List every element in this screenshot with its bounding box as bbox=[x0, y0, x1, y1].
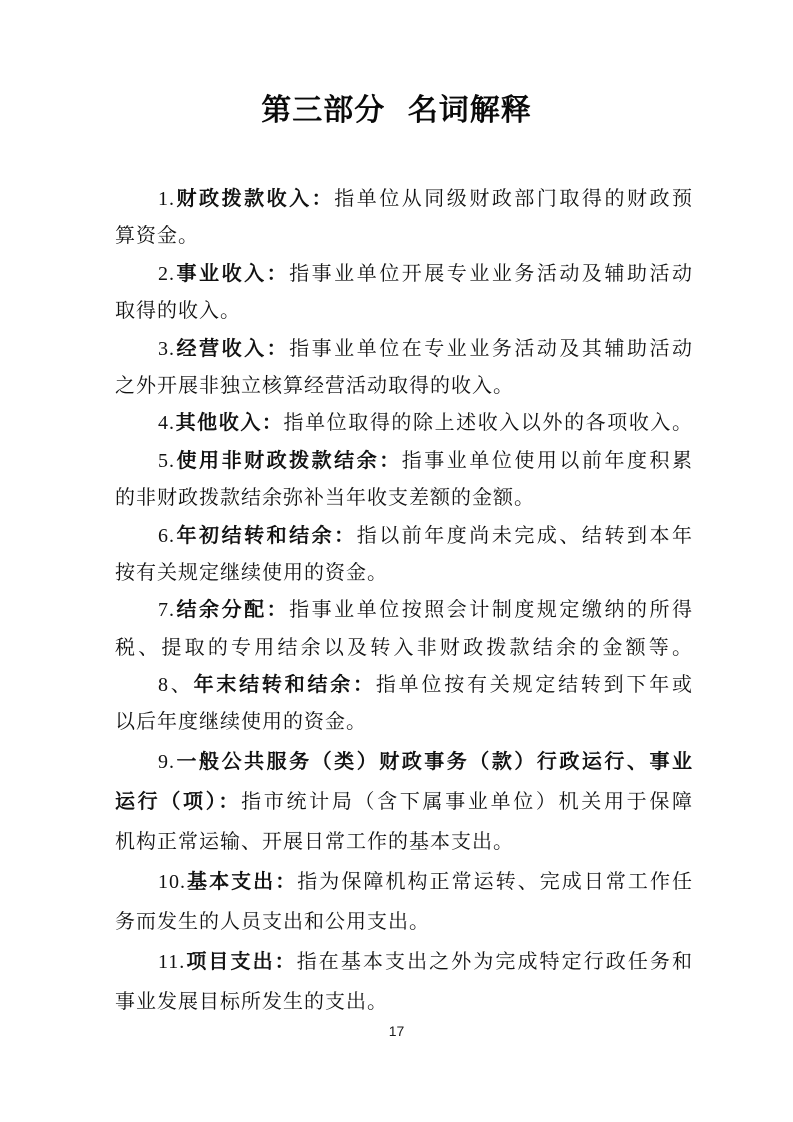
definition-text: 指市统计局（含下属事业单位）机关用于保障 bbox=[241, 791, 693, 813]
item-number: 9. bbox=[158, 751, 175, 773]
definition-text: 以后年度继续使用的资金。 bbox=[115, 711, 367, 733]
definition-line: 3.经营收入：指事业单位在专业业务活动及其辅助活动 bbox=[115, 331, 693, 368]
definition-item: 10.基本支出：指为保障机构正常运转、完成日常工作任务而发生的人员支出和公用支出… bbox=[115, 862, 693, 942]
item-number: 1. bbox=[158, 188, 175, 210]
definition-line: 算资金。 bbox=[115, 218, 693, 255]
definition-text: 指事业单位按照会计制度规定缴纳的所得 bbox=[289, 599, 693, 621]
definition-text: 指事业单位开展专业业务活动及辅助活动 bbox=[289, 263, 693, 285]
definition-text: 指单位取得的除上述收入以外的各项收入。 bbox=[284, 412, 694, 434]
term-text: 结余分配： bbox=[175, 599, 289, 621]
definition-text: 指为保障机构正常运转、完成日常工作任 bbox=[297, 871, 693, 893]
definition-line: 9.一般公共服务（类）财政事务（款）行政运行、事业 bbox=[115, 742, 693, 782]
term-text: 运行（项）： bbox=[115, 791, 241, 813]
definition-line: 11.项目支出：指在基本支出之外为完成特定行政任务和 bbox=[115, 942, 693, 982]
item-number: 6. bbox=[158, 525, 175, 547]
definition-line: 5.使用非财政拨款结余：指事业单位使用以前年度积累 bbox=[115, 443, 693, 480]
term-text: 年末结转和结余： bbox=[194, 674, 376, 696]
definition-text: 按有关规定继续使用的资金。 bbox=[115, 562, 388, 584]
term-text: 年初结转和结余： bbox=[175, 525, 357, 547]
definition-line: 机构正常运输、开展日常工作的基本支出。 bbox=[115, 822, 693, 862]
term-text: 项目支出： bbox=[185, 951, 296, 973]
term-text: 事业收入： bbox=[175, 263, 289, 285]
item-number: 8、 bbox=[158, 674, 194, 696]
item-number: 4. bbox=[158, 412, 175, 434]
item-number: 5. bbox=[158, 450, 175, 472]
definition-text: 机构正常运输、开展日常工作的基本支出。 bbox=[115, 831, 514, 853]
definition-text: 指以前年度尚未完成、结转到本年 bbox=[357, 525, 693, 547]
definition-line: 运行（项）：指市统计局（含下属事业单位）机关用于保障 bbox=[115, 782, 693, 822]
definition-item: 1.财政拨款收入：指单位从同级财政部门取得的财政预算资金。 bbox=[115, 181, 693, 256]
document-page: 第三部分 名词解释 1.财政拨款收入：指单位从同级财政部门取得的财政预算资金。2… bbox=[0, 0, 793, 1122]
term-text: 使用非财政拨款结余： bbox=[175, 450, 402, 472]
definition-text: 取得的收入。 bbox=[115, 300, 241, 322]
definition-text: 事业发展目标所发生的支出。 bbox=[115, 991, 388, 1013]
definition-line: 事业发展目标所发生的支出。 bbox=[115, 982, 693, 1022]
item-number: 7. bbox=[158, 599, 175, 621]
definition-text: 指单位从同级财政部门取得的财政预 bbox=[334, 188, 693, 210]
definition-item: 8、年末结转和结余：指单位按有关规定结转到下年或以后年度继续使用的资金。 bbox=[115, 667, 693, 742]
definition-item: 9.一般公共服务（类）财政事务（款）行政运行、事业运行（项）：指市统计局（含下属… bbox=[115, 742, 693, 862]
definition-line: 2.事业收入：指事业单位开展专业业务活动及辅助活动 bbox=[115, 256, 693, 293]
definition-text: 指事业单位在专业业务活动及其辅助活动 bbox=[289, 338, 693, 360]
definition-text: 指事业单位使用以前年度积累 bbox=[402, 450, 693, 472]
definition-line: 以后年度继续使用的资金。 bbox=[115, 704, 693, 741]
definition-item: 5.使用非财政拨款结余：指事业单位使用以前年度积累的非财政拨款结余弥补当年收支差… bbox=[115, 443, 693, 518]
definition-text: 税、提取的专用结余以及转入非财政拨款结余的金额等。 bbox=[115, 637, 693, 659]
definition-line: 按有关规定继续使用的资金。 bbox=[115, 555, 693, 592]
page-number: 17 bbox=[0, 1023, 793, 1039]
definition-item: 4.其他收入：指单位取得的除上述收入以外的各项收入。 bbox=[115, 405, 693, 442]
definitions-list: 1.财政拨款收入：指单位从同级财政部门取得的财政预算资金。2.事业收入：指事业单… bbox=[115, 181, 693, 1022]
definition-line: 4.其他收入：指单位取得的除上述收入以外的各项收入。 bbox=[115, 405, 693, 442]
definition-item: 7.结余分配：指事业单位按照会计制度规定缴纳的所得税、提取的专用结余以及转入非财… bbox=[115, 592, 693, 667]
definition-line: 取得的收入。 bbox=[115, 293, 693, 330]
definition-text: 算资金。 bbox=[115, 225, 199, 247]
definition-text: 务而发生的人员支出和公用支出。 bbox=[115, 911, 430, 933]
definition-text: 指在基本支出之外为完成特定行政任务和 bbox=[297, 951, 693, 973]
term-text: 一般公共服务（类）财政事务（款）行政运行、事业 bbox=[175, 751, 693, 773]
definition-item: 6.年初结转和结余：指以前年度尚未完成、结转到本年按有关规定继续使用的资金。 bbox=[115, 518, 693, 593]
definition-item: 2.事业收入：指事业单位开展专业业务活动及辅助活动取得的收入。 bbox=[115, 256, 693, 331]
definition-item: 3.经营收入：指事业单位在专业业务活动及其辅助活动之外开展非独立核算经营活动取得… bbox=[115, 331, 693, 406]
definition-text: 的非财政拨款结余弥补当年收支差额的金额。 bbox=[115, 487, 535, 509]
term-text: 经营收入： bbox=[175, 338, 289, 360]
item-number: 3. bbox=[158, 338, 175, 360]
definition-item: 11.项目支出：指在基本支出之外为完成特定行政任务和事业发展目标所发生的支出。 bbox=[115, 942, 693, 1022]
definition-line: 务而发生的人员支出和公用支出。 bbox=[115, 902, 693, 942]
term-text: 基本支出： bbox=[186, 871, 297, 893]
definition-text: 指单位按有关规定结转到下年或 bbox=[376, 674, 693, 696]
definition-line: 7.结余分配：指事业单位按照会计制度规定缴纳的所得 bbox=[115, 592, 693, 629]
item-number: 11. bbox=[158, 951, 185, 973]
item-number: 10. bbox=[158, 871, 186, 893]
definition-line: 1.财政拨款收入：指单位从同级财政部门取得的财政预 bbox=[115, 181, 693, 218]
term-text: 其他收入： bbox=[175, 412, 284, 434]
definition-line: 8、年末结转和结余：指单位按有关规定结转到下年或 bbox=[115, 667, 693, 704]
term-text: 财政拨款收入： bbox=[175, 188, 334, 210]
definition-text: 之外开展非独立核算经营活动取得的收入。 bbox=[115, 375, 514, 397]
item-number: 2. bbox=[158, 263, 175, 285]
definition-line: 10.基本支出：指为保障机构正常运转、完成日常工作任 bbox=[115, 862, 693, 902]
definition-line: 的非财政拨款结余弥补当年收支差额的金额。 bbox=[115, 480, 693, 517]
definition-line: 之外开展非独立核算经营活动取得的收入。 bbox=[115, 368, 693, 405]
definition-line: 6.年初结转和结余：指以前年度尚未完成、结转到本年 bbox=[115, 518, 693, 555]
definition-line: 税、提取的专用结余以及转入非财政拨款结余的金额等。 bbox=[115, 630, 693, 667]
page-title: 第三部分 名词解释 bbox=[0, 92, 793, 130]
